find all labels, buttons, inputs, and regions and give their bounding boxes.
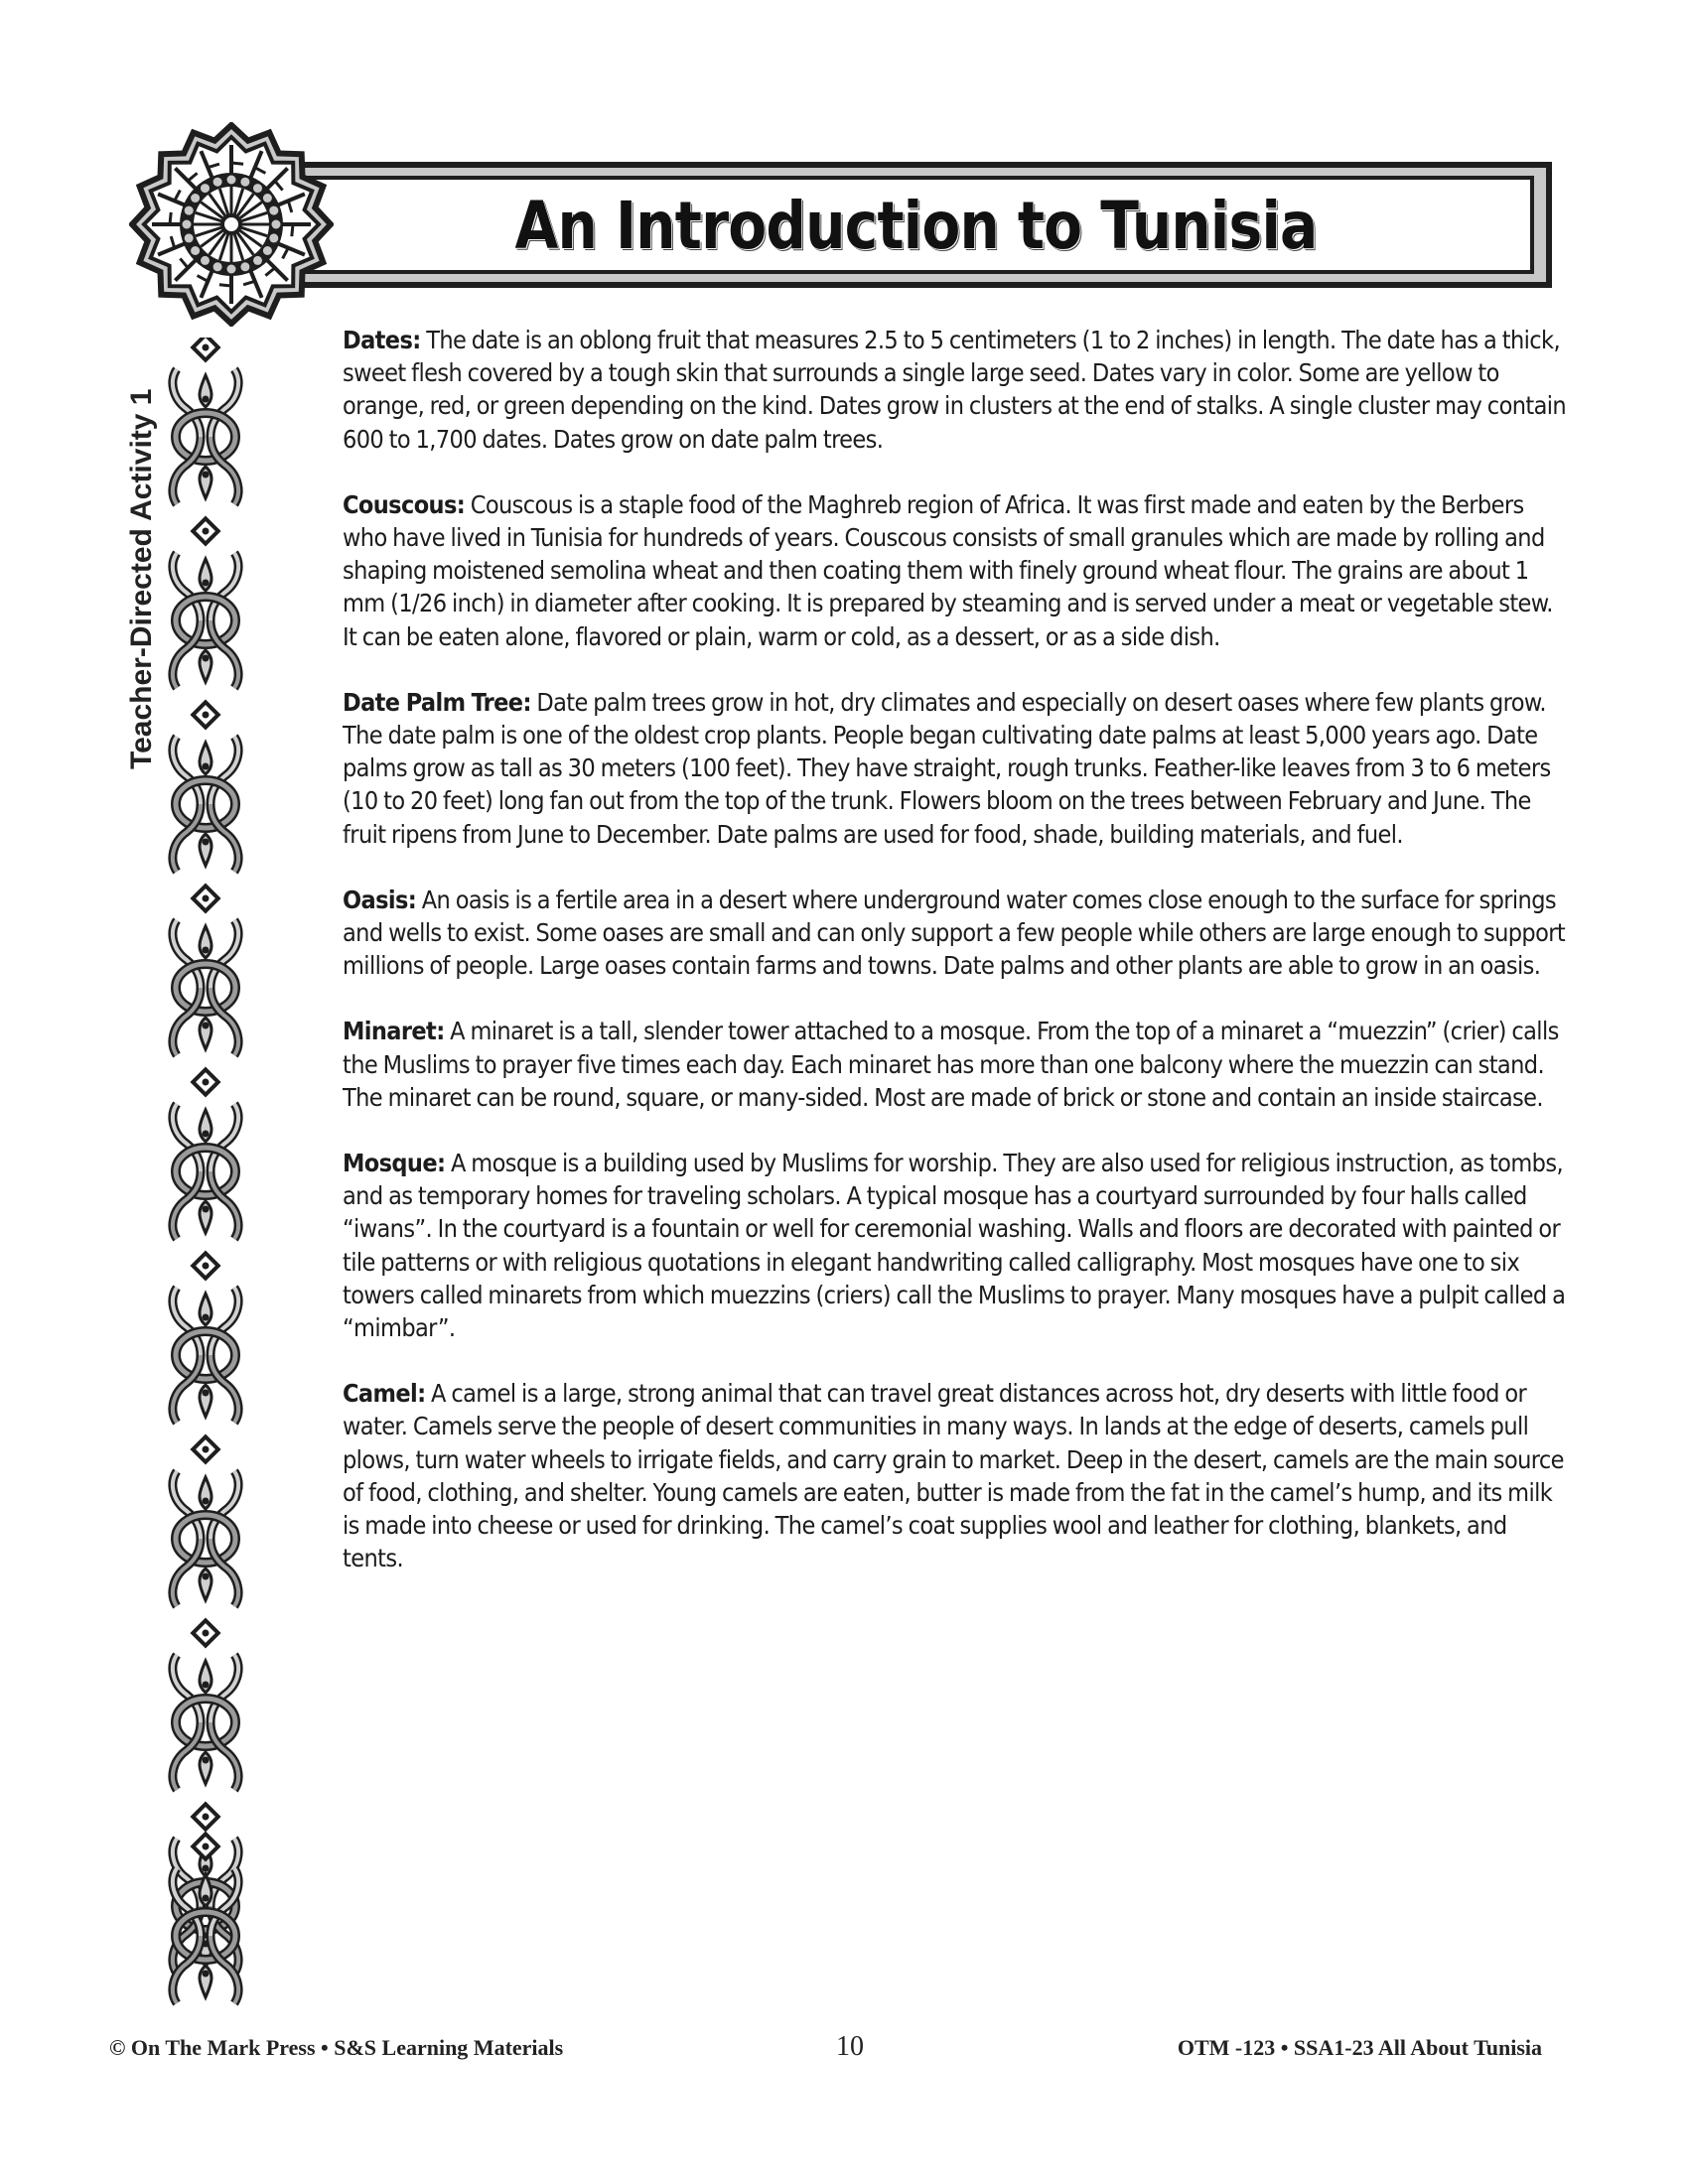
entry-date-palm-tree: Date Palm Tree: Date palm trees grow in … — [343, 686, 1569, 851]
term-label: Camel: — [343, 1379, 425, 1408]
entry-text: A camel is a large, strong animal that c… — [343, 1379, 1564, 1572]
entry-text: Couscous is a staple food of the Maghreb… — [343, 490, 1553, 651]
entry-text: The date is an oblong fruit that measure… — [343, 326, 1566, 454]
entry-mosque: Mosque: A mosque is a building used by M… — [343, 1147, 1569, 1344]
entry-text: A mosque is a building used by Muslims f… — [343, 1149, 1565, 1342]
title-banner-inner: An Introduction to Tunisia — [298, 176, 1534, 274]
footer-publisher: © On The Mark Press • S&S Learning Mater… — [109, 2035, 563, 2061]
entry-couscous: Couscous: Couscous is a staple food of t… — [343, 488, 1569, 653]
term-label: Minaret: — [343, 1017, 445, 1045]
page-number: 10 — [836, 2031, 864, 2063]
activity-label: Teacher-Directed Activity 1 — [124, 333, 160, 769]
entry-text: An oasis is a fertile area in a desert w… — [343, 886, 1565, 980]
ornamental-border-icon — [167, 338, 244, 2025]
entry-minaret: Minaret: A minaret is a tall, slender to… — [343, 1015, 1569, 1114]
term-label: Oasis: — [343, 886, 416, 914]
entry-camel: Camel: A camel is a large, strong animal… — [343, 1377, 1569, 1574]
page-title: An Introduction to Tunisia — [388, 184, 1445, 269]
entry-text: A minaret is a tall, slender tower attac… — [343, 1017, 1559, 1111]
term-label: Date Palm Tree: — [343, 688, 531, 717]
term-label: Dates: — [343, 326, 421, 354]
footer-product-code: OTM -123 • SSA1-23 All About Tunisia — [1178, 2035, 1542, 2061]
rosette-medallion-icon — [129, 122, 334, 327]
term-label: Mosque: — [343, 1149, 445, 1177]
entry-dates: Dates: The date is an oblong fruit that … — [343, 324, 1569, 456]
title-banner: An Introduction to Tunisia — [288, 162, 1552, 288]
entry-oasis: Oasis: An oasis is a fertile area in a d… — [343, 884, 1569, 983]
term-label: Couscous: — [343, 490, 465, 519]
glossary-content: Dates: The date is an oblong fruit that … — [343, 324, 1569, 1608]
